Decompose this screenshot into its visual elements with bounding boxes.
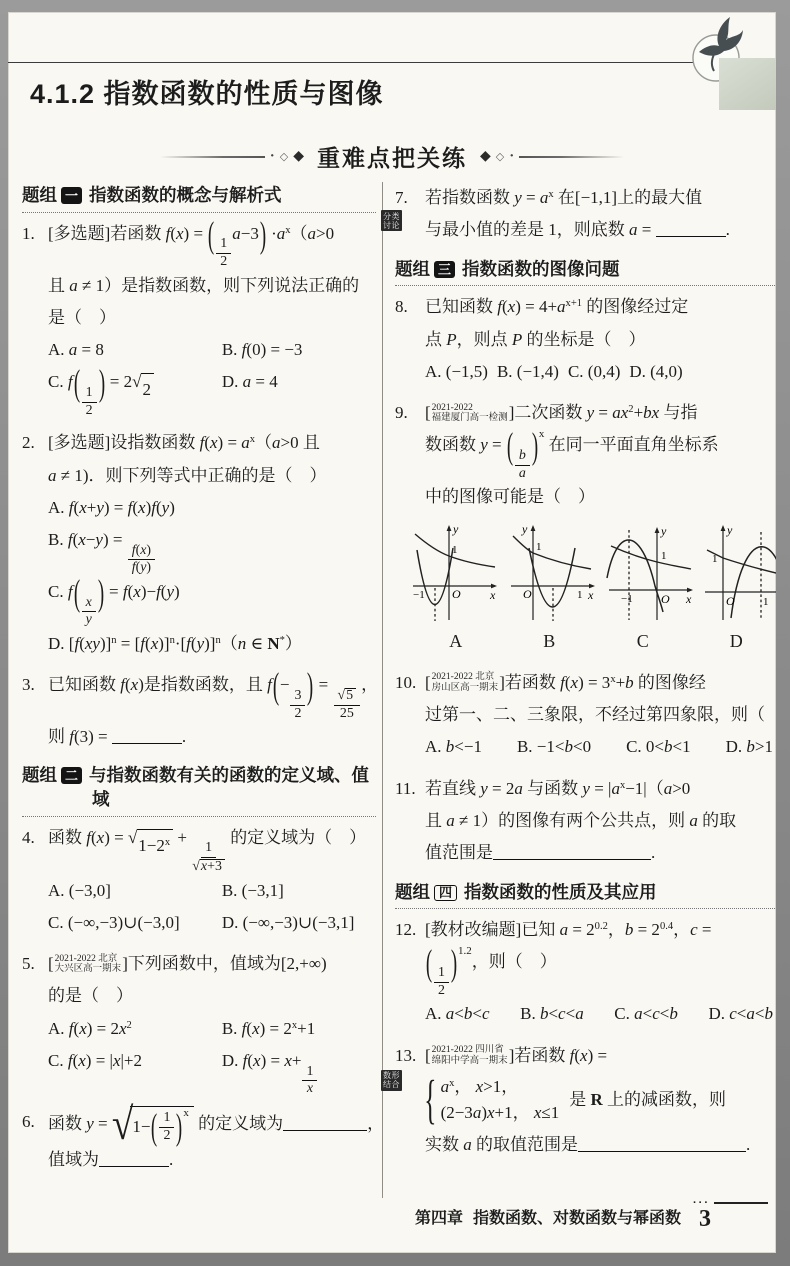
problem-text: (12)1.2，则（ ） (425, 946, 776, 998)
problem-10: 10. [2021-2022 北京房山区高一期末]若函数 f(x) = 3x+b… (395, 667, 776, 764)
problem-9: 9. [2021-2022福建厦门高一检测]二次函数 y = ax2+bx 与指… (395, 397, 776, 658)
big-paren: ) (532, 411, 538, 481)
problem-text: [2021-2022 四川省绵阳中学高一期末]若函数 f(x) = (425, 1040, 776, 1072)
problem-6: 6. 函数 y = √1−(12)x 的定义域为， 值域为. (22, 1106, 376, 1176)
group-word: 题组 (22, 185, 57, 205)
problem-number: 3. (22, 669, 35, 701)
banner-line-left (160, 156, 265, 158)
page-number-block: ··· 3 (693, 1200, 768, 1232)
option-c: C. 0<b<1 (626, 731, 691, 763)
piecewise-row-2: (2−3a)x+1， x≤1 (441, 1100, 560, 1126)
dot-ornament: · (509, 148, 514, 165)
group-badge-3: 三 (434, 261, 455, 278)
graph-options: y x O −1 1 y x O (409, 520, 776, 624)
problem-1: 1. [多选题]若函数 f(x) = (12a−3) ·ax（a>0 且 a ≠… (22, 218, 376, 419)
big-paren: ) (176, 1092, 182, 1162)
right-column: 7. 分类讨论 若指数函数 y = ax 在[−1,1]上的最大值 与最小值的差… (382, 182, 776, 1198)
graph-d: y x O 1 1 (703, 520, 776, 624)
banner-line-right (519, 156, 624, 158)
group-word: 题组 (22, 765, 57, 785)
problem-number: 10. (395, 667, 416, 699)
option-d: D. (−∞,−3)∪(−3,1] (222, 907, 376, 939)
answer-blank (283, 1116, 367, 1131)
graph-label-c: C (596, 624, 690, 658)
option-c: C. (−∞,−3)∪(−3,0] (48, 907, 222, 939)
problem-text: 函数 f(x) = √1−2x + 1√x+3 的定义域为（ ） (48, 822, 376, 875)
svg-text:y: y (660, 524, 667, 538)
svg-text:y: y (521, 522, 528, 536)
footer-rule-short (714, 1202, 768, 1204)
method-stamp-icon: 数形结合 (381, 1070, 402, 1091)
problem-text: 值范围是. (425, 837, 776, 869)
option-a: A. f(x) = 2x2 (48, 1013, 222, 1045)
option-c: C. f(12) = 2√2 (48, 366, 222, 418)
option-a: A. (−3,0] (48, 875, 222, 907)
option-d: D. (4,0) (629, 356, 682, 388)
answer-blank (112, 729, 182, 744)
problem-2: 2. [多选题]设指数函数 f(x) = ax（a>0 且 a ≠ 1)．则下列… (22, 427, 376, 660)
problem-number: 1. (22, 218, 35, 250)
svg-text:1: 1 (452, 544, 458, 556)
fraction: xy (82, 596, 96, 628)
filled-diamond-icon: ◆ (293, 148, 304, 165)
group-title: 指数函数的性质及其应用 (464, 882, 657, 902)
problem-text: [多选题]设指数函数 f(x) = ax（a>0 且 (48, 427, 376, 459)
big-paren: ( (208, 200, 214, 270)
options: A. a<b<c B. b<c<a C. a<c<b D. c<a<b (425, 998, 776, 1030)
problem-text: 已知函数 f(x) = 4+ax+1 的图像经过定 (425, 291, 776, 323)
svg-text:−1: −1 (413, 589, 425, 601)
radical: √x+3 (192, 859, 225, 875)
group-header-3: 题组三指数函数的图像问题 (395, 256, 776, 287)
problem-number: 9. (395, 397, 408, 429)
problem-text: 若指数函数 y = ax 在[−1,1]上的最大值 (425, 182, 776, 214)
group-badge-2: 二 (61, 767, 82, 784)
footer-book-title: 指数函数、对数函数与幂函数 (473, 1205, 681, 1228)
svg-text:x: x (489, 588, 496, 602)
svg-text:O: O (726, 594, 735, 608)
dot-ornament: · (270, 148, 275, 165)
problem-text: [多选题]若函数 f(x) = (12a−3) ·ax（a>0 (48, 218, 376, 270)
graph-label-a: A (409, 624, 503, 658)
group-badge-1: 一 (61, 187, 82, 204)
footer-chapter: 第四章 (415, 1205, 463, 1228)
svg-text:x: x (685, 592, 692, 606)
problem-text: 数函数 y = (ba)x 在同一平面直角坐标系 (425, 429, 776, 481)
fraction: ba (515, 449, 530, 481)
header-rule (8, 62, 704, 63)
svg-text:x: x (587, 588, 594, 602)
problem-text: 函数 y = √1−(12)x 的定义域为， (48, 1106, 376, 1144)
piecewise-row-1: ax， x>1， (441, 1074, 560, 1100)
group-title: 与指数函数有关的函数的定义域、值域 (89, 765, 369, 809)
option-b: B. b<c<a (520, 998, 584, 1030)
svg-text:1: 1 (763, 596, 769, 608)
svg-text:1: 1 (536, 541, 542, 553)
option-a: A. b<−1 (425, 731, 482, 763)
source-tag: [2021-2022 四川省绵阳中学高一期末] (425, 1040, 514, 1072)
answer-blank (656, 222, 726, 237)
problem-number: 4. (22, 822, 35, 854)
svg-text:O: O (523, 587, 532, 601)
problem-8: 8. 已知函数 f(x) = 4+ax+1 的图像经过定 点 P，则点 P 的坐… (395, 291, 776, 388)
problem-text: 则 f(3) = . (48, 721, 376, 753)
svg-text:y: y (726, 523, 733, 537)
big-paren: ) (451, 929, 457, 999)
option-b: B. (−3,1] (222, 875, 376, 907)
fraction: √525 (334, 688, 361, 721)
radical: √2 (132, 373, 154, 406)
corner-decoration (719, 58, 776, 110)
group-title: 指数函数的概念与解析式 (89, 185, 282, 205)
problem-text: 过第一、二、三象限，不经过第四象限，则（ ） (425, 699, 776, 731)
group-header-1: 题组一指数函数的概念与解析式 (22, 182, 376, 213)
problem-12: 12. [教材改编题]已知 a = 20.2，b = 20.4，c = (12)… (395, 914, 776, 1030)
source-tag: [2021-2022福建厦门高一检测] (425, 397, 514, 429)
problem-text: 中的图像可能是（ ） (425, 481, 776, 513)
big-paren: ) (98, 348, 104, 418)
fraction: f(x)f(y) (128, 544, 155, 576)
group-header-2: 题组二与指数函数有关的函数的定义域、值域 (22, 762, 376, 816)
fraction: 12 (434, 966, 449, 998)
filled-diamond-icon: ◆ (480, 148, 491, 165)
section-banner-title: 重难点把关练 (317, 140, 467, 173)
option-d: D. a = 4 (222, 366, 376, 418)
group-word: 题组 (395, 259, 430, 279)
page-title: 4.1.2 指数函数的性质与图像 (30, 72, 384, 111)
option-d: D. c<a<b (708, 998, 773, 1030)
problem-text: [2021-2022 北京大兴区高一期末]下列函数中，值域为[2,+∞) (48, 948, 376, 980)
problem-text: 若直线 y = 2a 与函数 y = |ax−1|（a>0 (425, 773, 776, 805)
option-b: B. f(0) = −3 (222, 334, 376, 366)
page-footer: 第四章 指数函数、对数函数与幂函数 ··· 3 (415, 1200, 768, 1232)
option-a: A. a<b<c (425, 998, 490, 1030)
problem-text: [2021-2022 北京房山区高一期末]若函数 f(x) = 3x+b 的图像… (425, 667, 776, 699)
big-paren: ) (260, 200, 266, 270)
problem-7: 7. 分类讨论 若指数函数 y = ax 在[−1,1]上的最大值 与最小值的差… (395, 182, 776, 247)
method-stamp-icon: 分类讨论 (381, 210, 402, 231)
radical: √1−2x (128, 829, 173, 862)
open-diamond-icon: ◇ (280, 150, 288, 163)
problem-text: 是 R 上的减函数，则 (569, 1084, 726, 1116)
fraction: 12 (216, 237, 231, 269)
big-paren: ( (507, 411, 513, 481)
problem-number: 12. (395, 914, 416, 946)
page-number: 3 (699, 1206, 711, 1232)
group-word: 题组 (395, 882, 430, 902)
problem-text: 值域为. (48, 1144, 376, 1176)
open-diamond-icon: ◇ (496, 150, 504, 163)
problem-text: 是（ ） (48, 302, 376, 334)
option-b: B. (−1,4) (497, 356, 559, 388)
problem-13: 13. 数形结合 [2021-2022 四川省绵阳中学高一期末]若函数 f(x)… (395, 1040, 776, 1161)
svg-text:1: 1 (712, 553, 718, 565)
problem-text: a ≠ 1)．则下列等式中正确的是（ ） (48, 460, 376, 492)
option-c: C. a<c<b (614, 998, 678, 1030)
graph-letter-labels: A B C D (409, 624, 776, 658)
answer-blank (99, 1152, 169, 1167)
answer-blank (578, 1137, 746, 1152)
group-header-4: 题组四指数函数的性质及其应用 (395, 879, 776, 910)
options: A. b<−1 B. −1<b<0 C. 0<b<1 D. b>1 (425, 731, 776, 763)
problem-number: 13. (395, 1040, 416, 1072)
fraction: 12 (82, 386, 97, 418)
problem-number: 11. (395, 773, 416, 805)
options: A. f(x) = 2x2 B. f(x) = 2x+1 C. f(x) = |… (48, 1013, 376, 1097)
group-badge-4: 四 (434, 885, 457, 901)
problem-text: 实数 a 的取值范围是. (425, 1129, 776, 1161)
problem-text: 的是（ ） (48, 980, 376, 1012)
problem-number: 2. (22, 427, 35, 459)
svg-text:y: y (452, 522, 459, 536)
problem-number: 5. (22, 948, 35, 980)
problem-5: 5. [2021-2022 北京大兴区高一期末]下列函数中，值域为[2,+∞) … (22, 948, 376, 1097)
problem-text: 且 a ≠ 1）是指数函数，则下列说法正确的 (48, 270, 376, 302)
option-d: D. [f(xy)]n = [f(x)]n·[f(y)]n（n ∈ N*） (48, 628, 376, 660)
graph-label-b: B (503, 624, 597, 658)
big-paren: ( (73, 558, 79, 628)
problem-text: [教材改编题]已知 a = 20.2，b = 20.4，c = (425, 914, 776, 946)
svg-text:1: 1 (577, 589, 583, 601)
problem-text: 且 a ≠ 1）的图像有两个公共点，则 a 的取 (425, 805, 776, 837)
big-paren: ( (273, 651, 279, 721)
option-a: A. f(x+y) = f(x)f(y) (48, 492, 376, 524)
option-c: C. f(x) = |x|+2 (48, 1045, 222, 1097)
source-tag: [2021-2022 北京大兴区高一期末] (48, 948, 128, 980)
graph-c: y x O −1 1 (605, 520, 699, 624)
problem-text: 已知函数 f(x)是指数函数，且 f(−32) = √525， (48, 669, 376, 721)
page: 4.1.2 指数函数的性质与图像 · ◇ ◆ 重难点把关练 ◆ ◇ · 题组一指… (8, 12, 776, 1253)
option-c: C. f(xy) = f(x)−f(y) (48, 576, 376, 628)
svg-text:−1: −1 (621, 593, 633, 605)
option-d: D. f(x) = x+1x (222, 1045, 376, 1097)
graph-label-d: D (690, 624, 777, 658)
problem-number: 8. (395, 291, 408, 323)
problem-text: 与最小值的差是 1，则底数 a = . (425, 214, 776, 246)
answer-blank (493, 845, 651, 860)
radical: √5 (338, 688, 357, 704)
svg-text:O: O (452, 587, 461, 601)
section-banner: · ◇ ◆ 重难点把关练 ◆ ◇ · (8, 140, 776, 173)
big-paren: ) (98, 558, 104, 628)
big-paren: ( (426, 929, 432, 999)
options: A. (−3,0] B. (−3,1] C. (−∞,−3)∪(−3,0] D.… (48, 875, 376, 940)
fraction: 1√x+3 (192, 841, 225, 874)
left-column: 题组一指数函数的概念与解析式 1. [多选题]若函数 f(x) = (12a−3… (22, 182, 382, 1198)
problem-11: 11. 若直线 y = 2a 与函数 y = |ax−1|（a>0 且 a ≠ … (395, 773, 776, 870)
problem-text: 点 P，则点 P 的坐标是（ ） (425, 324, 776, 356)
radical: √1−(12)x (112, 1106, 194, 1144)
big-brace: { (424, 1049, 436, 1151)
scan-border: 4.1.2 指数函数的性质与图像 · ◇ ◆ 重难点把关练 ◆ ◇ · 题组一指… (0, 0, 790, 1266)
option-b: B. f(x) = 2x+1 (222, 1013, 376, 1045)
piecewise-function: { ax， x>1， (2−3a)x+1， x≤1 是 R 上的减函数，则 (425, 1074, 776, 1127)
options: A. (−1,5) B. (−1,4) C. (0,4) D. (4,0) (425, 356, 776, 388)
options: A. a = 8 B. f(0) = −3 C. f(12) = 2√2 D. … (48, 334, 376, 418)
option-a: A. (−1,5) (425, 356, 488, 388)
two-column-layout: 题组一指数函数的概念与解析式 1. [多选题]若函数 f(x) = (12a−3… (22, 182, 772, 1198)
group-title: 指数函数的图像问题 (462, 259, 620, 279)
big-paren: ( (151, 1092, 157, 1162)
option-c: C. (0,4) (568, 356, 620, 388)
big-paren: ) (307, 651, 313, 721)
fraction: 12 (159, 1111, 174, 1143)
big-paren: ( (73, 348, 79, 418)
option-d: D. b>1 (726, 731, 773, 763)
problem-3: 3. 已知函数 f(x)是指数函数，且 f(−32) = √525， 则 f(3… (22, 669, 376, 753)
problem-4: 4. 函数 f(x) = √1−2x + 1√x+3 的定义域为（ ） A. (… (22, 822, 376, 939)
option-b: B. −1<b<0 (517, 731, 591, 763)
svg-text:O: O (661, 592, 670, 606)
fraction: 1x (302, 1065, 317, 1097)
problem-number: 6. (22, 1106, 35, 1138)
graph-a: y x O −1 1 (409, 520, 503, 624)
source-tag: [2021-2022 北京房山区高一期末] (425, 667, 505, 699)
problem-text: [2021-2022福建厦门高一检测]二次函数 y = ax2+bx 与指 (425, 397, 776, 429)
svg-text:1: 1 (661, 550, 667, 562)
fraction: 32 (290, 689, 305, 721)
graph-b: y x O 1 1 (507, 520, 601, 624)
